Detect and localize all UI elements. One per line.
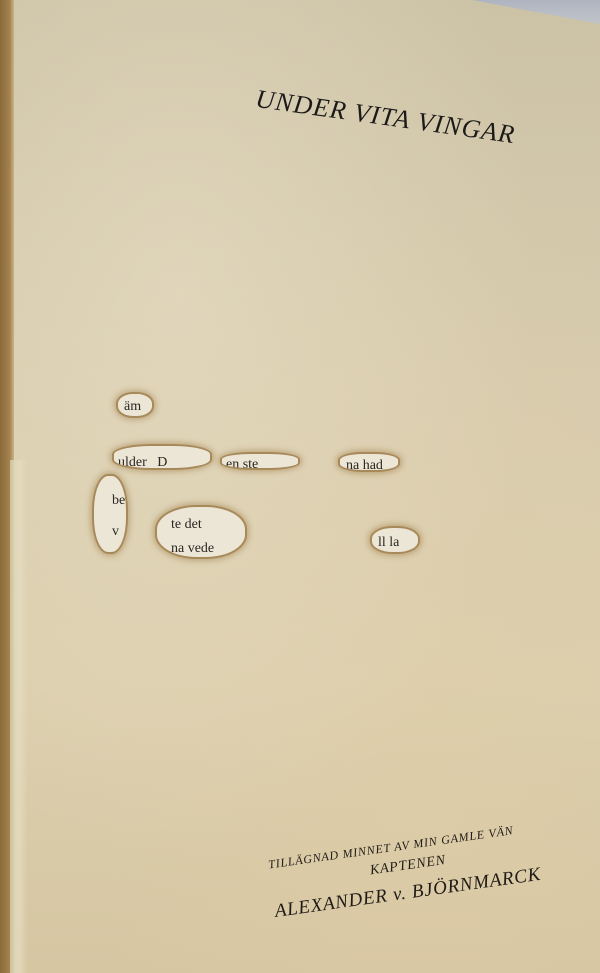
burn-hole: ulder D xyxy=(112,444,212,470)
burn-hole: ll la xyxy=(370,526,420,554)
burn-hole: äm xyxy=(116,392,154,418)
burn-hole: bev xyxy=(92,474,128,554)
fragment-text: na had xyxy=(346,458,383,472)
fragment-text: te det xyxy=(171,517,202,532)
burn-hole: en ste xyxy=(220,452,300,470)
fragment-text: na vede xyxy=(171,541,214,556)
fragment-text: ulder xyxy=(118,455,147,470)
fragment-text: ll la xyxy=(378,535,399,550)
fragment-text: v xyxy=(112,524,119,539)
fragment-text: D xyxy=(157,455,167,470)
fragment-text: be xyxy=(112,493,125,508)
burn-hole: te detna vede xyxy=(155,505,247,559)
fragment-text: äm xyxy=(124,399,141,414)
burn-hole: na had xyxy=(338,452,400,472)
fragment-text: en ste xyxy=(226,457,258,470)
